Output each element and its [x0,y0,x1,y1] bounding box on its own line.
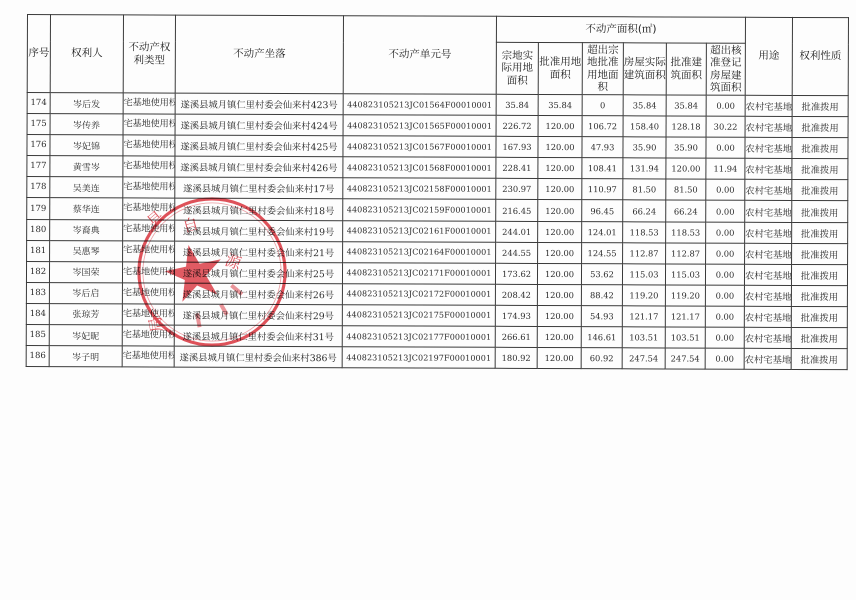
row-unit-no: 440823105213JC01568F00010001 [343,157,496,179]
row-land-approved: 120.00 [538,179,582,200]
row-seq: 178 [27,177,50,198]
row-land-excess: 88.42 [581,284,622,305]
row-house-excess: 0.00 [705,264,744,285]
row-land-approved: 120.00 [538,242,582,263]
row-location: 遂溪县城月镇仁里村委会仙来村18号 [175,199,343,221]
header-land-approved: 批准用地面积 [538,42,582,94]
row-land-approved: 120.00 [537,284,581,305]
row-house-excess: 0.00 [706,179,745,200]
row-house-approved: 120.00 [666,158,706,179]
row-house-excess: 0.00 [705,306,744,327]
row-unit-no: 440823105213JC02159F00010001 [343,199,496,221]
row-house-actual: 81.50 [623,179,666,200]
register-rows: 174岑后发宅基地使用权及房屋所有权遂溪县城月镇仁里村委会仙来村423号4408… [26,93,848,370]
row-location: 遂溪县城月镇仁里村委会仙来村26号 [174,283,342,305]
header-area-group: 不动产面积(㎡) [496,16,745,43]
row-location: 遂溪县城月镇仁里村委会仙来村31号 [174,325,342,347]
row-seq: 174 [27,93,50,114]
row-land-actual: 35.84 [496,94,538,115]
row-land-actual: 173.62 [495,263,537,284]
header-nature: 权利性质 [792,17,848,95]
row-usage: 农村宅基地 [744,348,791,369]
row-usage: 农村宅基地 [744,285,791,306]
row-unit-no: 440823105213JC01564F00010001 [343,94,496,116]
row-house-excess: 0.00 [706,137,745,158]
row-usage: 农村宅基地 [745,116,792,137]
row-owner: 黄雪岑 [50,156,123,177]
row-house-approved: 35.84 [666,95,706,116]
row-nature: 批准拨用 [792,138,848,159]
row-right-type: 宅基地使用权及房屋所有权 [123,177,175,198]
row-nature: 批准拨用 [791,306,847,327]
row-location: 遂溪县城月镇仁里村委会仙来村29号 [174,304,342,326]
row-house-actual: 115.03 [622,264,665,285]
row-house-approved: 128.18 [666,116,706,137]
header-unit-no: 不动产单元号 [343,16,496,95]
header-land-actual: 宗地实际用地面积 [496,42,538,94]
row-location: 遂溪县城月镇仁里村委会仙来村386号 [174,346,342,368]
row-house-actual: 119.20 [622,285,665,306]
row-land-actual: 216.45 [496,200,538,221]
row-house-actual: 112.87 [623,242,666,263]
row-land-approved: 120.00 [537,305,581,326]
row-seq: 177 [27,156,50,177]
row-right-type: 宅基地使用权及房屋所有权 [123,219,175,240]
header-location: 不动产坐落 [175,15,343,94]
row-house-excess: 11.94 [706,158,745,179]
row-owner: 张琼芳 [49,304,122,325]
row-land-excess: 124.55 [582,242,623,263]
row-right-type: 宅基地使用权及房屋所有权 [122,325,174,346]
row-land-approved: 120.00 [537,263,581,284]
row-right-type: 宅基地使用权及房屋所有权 [123,114,175,135]
row-house-approved: 66.24 [666,200,706,221]
row-right-type: 宅基地使用权及房屋所有权 [123,93,175,114]
row-house-actual: 118.53 [623,221,666,242]
row-house-approved: 121.17 [665,306,705,327]
row-usage: 农村宅基地 [745,243,792,264]
row-land-actual: 208.42 [495,284,537,305]
row-seq: 176 [27,135,50,156]
row-right-type: 宅基地使用权及房屋所有权 [122,304,174,325]
row-house-actual: 131.94 [623,158,666,179]
row-right-type: 宅基地使用权及房屋所有权 [123,198,175,219]
row-owner: 岑子明 [49,346,122,367]
row-owner: 岑妃锦 [50,135,123,156]
header-right-type: 不动产权利类型 [123,15,175,93]
row-seq: 175 [27,114,50,135]
row-house-approved: 115.03 [665,264,705,285]
row-nature: 批准拨用 [792,117,848,138]
row-owner: 吴惠琴 [50,240,123,261]
row-nature: 批准拨用 [791,327,847,348]
row-unit-no: 440823105213JC02197F00010001 [342,347,495,369]
row-seq: 182 [26,261,49,282]
row-land-excess: 47.93 [582,137,623,158]
row-house-actual: 35.90 [623,137,666,158]
row-nature: 批准拨用 [791,349,847,370]
row-location: 遂溪县城月镇仁里村委会仙来村423号 [175,93,343,115]
row-usage: 农村宅基地 [744,306,791,327]
row-house-excess: 0.00 [705,348,744,369]
row-land-actual: 230.97 [496,179,538,200]
row-unit-no: 440823105213JC02177F00010001 [342,326,495,348]
row-nature: 批准拨用 [791,264,847,285]
row-location: 遂溪县城月镇仁里村委会仙来村17号 [175,177,343,199]
row-house-approved: 247.54 [665,348,705,369]
row-land-actual: 244.01 [496,221,538,242]
header-owner: 权利人 [50,15,123,93]
row-seq: 179 [27,198,50,219]
row-right-type: 宅基地使用权及房屋所有权 [123,156,175,177]
row-unit-no: 440823105213JC02158F00010001 [343,178,496,200]
row-unit-no: 440823105213JC02171F00010001 [342,262,495,284]
row-land-approved: 120.00 [538,116,582,137]
row-land-approved: 120.00 [537,348,581,369]
row-seq: 184 [26,303,49,324]
row-owner: 蔡华连 [50,198,123,219]
header-house-approved: 批准建筑面积 [666,43,706,95]
row-nature: 批准拨用 [792,95,848,116]
row-nature: 批准拨用 [792,159,848,180]
header-house-excess: 超出核准登记房屋建筑面积 [706,43,745,95]
row-land-actual: 228.41 [496,158,538,179]
row-usage: 农村宅基地 [745,222,792,243]
row-usage: 农村宅基地 [745,180,792,201]
row-nature: 批准拨用 [792,201,848,222]
row-house-actual: 103.51 [622,327,665,348]
row-unit-no: 440823105213JC02161F00010001 [343,220,496,242]
row-usage: 农村宅基地 [744,327,791,348]
row-house-excess: 0.00 [706,201,745,222]
row-land-actual: 226.72 [496,115,538,136]
row-location: 遂溪县城月镇仁里村委会仙来村25号 [174,262,342,284]
row-house-excess: 0.00 [706,95,745,116]
row-house-actual: 66.24 [623,200,666,221]
row-house-actual: 247.54 [622,348,665,369]
row-nature: 批准拨用 [792,222,848,243]
row-land-excess: 108.41 [582,158,623,179]
row-owner: 岑后发 [50,93,123,114]
row-land-excess: 60.92 [581,348,622,369]
row-house-excess: 0.00 [705,285,744,306]
row-usage: 农村宅基地 [745,137,792,158]
row-unit-no: 440823105213JC01567F00010001 [343,136,496,158]
row-house-excess: 0.00 [706,243,745,264]
row-house-approved: 112.87 [666,243,706,264]
row-owner: 岑后启 [49,282,122,303]
table-row: 186岑子明宅基地使用权及房屋所有权遂溪县城月镇仁里村委会仙来村386号4408… [26,346,847,370]
row-house-excess: 30.22 [706,116,745,137]
row-land-approved: 120.00 [538,221,582,242]
row-right-type: 宅基地使用权及房屋所有权 [122,283,174,304]
header-land-excess: 超出宗地批准用地面积 [582,43,623,95]
row-right-type: 宅基地使用权及房屋所有权 [123,135,175,156]
row-land-excess: 146.61 [581,327,622,348]
property-register-sheet: 序号 权利人 不动产权利类型 不动产坐落 不动产单元号 不动产面积(㎡) 用途 … [26,14,848,370]
row-location: 遂溪县城月镇仁里村委会仙来村426号 [175,156,343,178]
row-house-actual: 158.40 [623,116,666,137]
row-owner: 岑国荣 [49,261,122,282]
row-nature: 批准拨用 [791,285,847,306]
row-owner: 岑妃昵 [49,325,122,346]
row-house-actual: 121.17 [622,306,665,327]
row-right-type: 宅基地使用权及房屋所有权 [123,241,175,262]
row-unit-no: 440823105213JC02164F00010001 [343,241,496,263]
header-row: 序号 权利人 不动产权利类型 不动产坐落 不动产单元号 不动产面积(㎡) 用途 … [27,15,848,44]
row-owner: 吴美连 [50,177,123,198]
row-land-approved: 120.00 [538,137,582,158]
row-land-actual: 167.93 [496,136,538,157]
row-house-excess: 0.00 [706,222,745,243]
row-land-approved: 120.00 [538,158,582,179]
row-land-actual: 244.55 [496,242,538,263]
row-usage: 农村宅基地 [744,264,791,285]
row-land-excess: 0 [582,95,623,116]
row-right-type: 宅基地使用权及房屋所有权 [122,262,174,283]
row-seq: 181 [27,240,50,261]
row-land-excess: 53.62 [581,263,622,284]
row-nature: 批准拨用 [792,180,848,201]
row-nature: 批准拨用 [792,243,848,264]
row-unit-no: 440823105213JC01565F00010001 [343,115,496,137]
row-unit-no: 440823105213JC02172F00010001 [342,284,495,306]
row-house-approved: 119.20 [665,285,705,306]
row-seq: 180 [27,219,50,240]
row-house-approved: 103.51 [665,327,705,348]
row-right-type: 宅基地使用权及房屋所有权 [122,346,174,367]
row-house-excess: 0.00 [705,327,744,348]
row-land-actual: 266.61 [495,326,537,347]
row-land-approved: 35.84 [538,94,582,115]
row-location: 遂溪县城月镇仁里村委会仙来村425号 [175,135,343,157]
row-house-approved: 118.53 [666,222,706,243]
row-land-excess: 54.93 [581,306,622,327]
header-seq: 序号 [27,15,50,93]
header-house-actual: 房屋实际建筑面积 [623,43,666,95]
row-house-actual: 35.84 [623,95,666,116]
row-seq: 185 [26,325,49,346]
row-unit-no: 440823105213JC02175F00010001 [342,305,495,327]
row-house-approved: 81.50 [666,179,706,200]
row-usage: 农村宅基地 [745,95,792,116]
row-usage: 农村宅基地 [745,201,792,222]
header-usage: 用途 [745,17,792,95]
row-land-approved: 120.00 [538,200,582,221]
row-location: 遂溪县城月镇仁里村委会仙来村19号 [175,220,343,242]
row-location: 遂溪县城月镇仁里村委会仙来村21号 [175,241,343,263]
row-usage: 农村宅基地 [745,159,792,180]
row-house-approved: 35.90 [666,137,706,158]
row-land-actual: 180.92 [495,347,537,368]
row-owner: 岑传养 [50,114,123,135]
row-land-approved: 120.00 [537,326,581,347]
row-seq: 186 [26,346,49,367]
row-land-excess: 124.01 [582,221,623,242]
row-land-excess: 96.45 [582,200,623,221]
row-location: 遂溪县城月镇仁里村委会仙来村424号 [175,114,343,136]
row-owner: 岑裔典 [50,219,123,240]
row-land-excess: 106.72 [582,116,623,137]
property-register-table: 序号 权利人 不动产权利类型 不动产坐落 不动产单元号 不动产面积(㎡) 用途 … [26,14,849,370]
row-land-excess: 110.97 [582,179,623,200]
row-seq: 183 [26,282,49,303]
row-land-actual: 174.93 [495,305,537,326]
